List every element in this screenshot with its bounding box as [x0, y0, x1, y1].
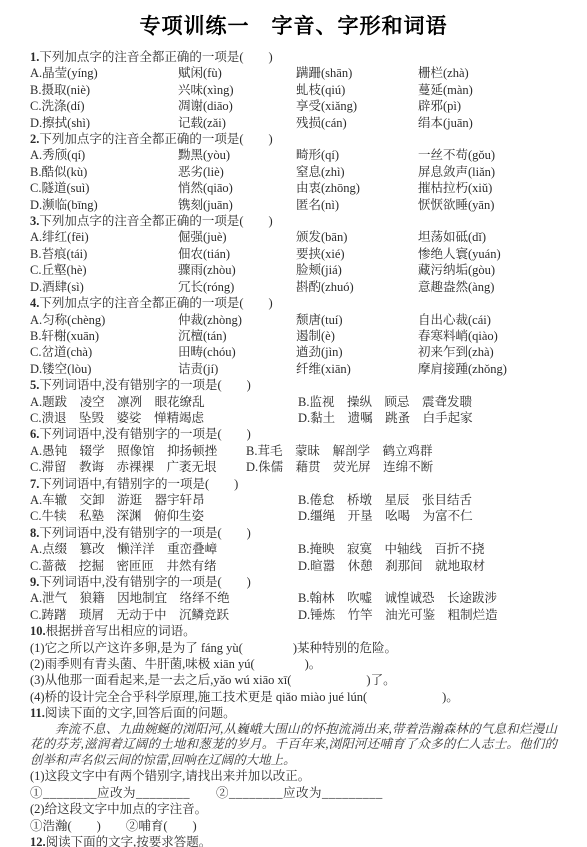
stem-text: 阅读下面的文字,回答后面的问题。 — [45, 706, 236, 720]
option-c[interactable]: C.溃退 坠毁 婆娑 惮精竭虑 — [30, 410, 298, 426]
option-b-item[interactable]: 恶劣(liè) — [178, 164, 296, 180]
option-a[interactable]: A.点缀 篡改 懒洋洋 重峦叠嶂 — [30, 541, 298, 557]
option-row: A.车辙 交卸 游逛 器宇轩昂B.倦怠 桥墩 星辰 张目结舌 — [30, 492, 557, 508]
option-a[interactable]: A.匀称(chèng) — [30, 312, 178, 328]
sub-question-2: (2)给这段文字中加点的字注音。 — [30, 801, 557, 817]
option-a[interactable]: A.题跋 凌空 凛冽 眼花缭乱 — [30, 394, 298, 410]
option-c[interactable]: C.滞留 教诲 赤裸裸 广袤无垠 — [30, 459, 246, 475]
option-b-item[interactable]: 要挟(xié) — [296, 246, 418, 262]
option-a-item[interactable]: 一丝不苟(gǒu) — [418, 147, 557, 163]
option-a-item[interactable]: 畸形(qí) — [296, 147, 418, 163]
option-b-item[interactable]: 惨绝人寰(yuán) — [418, 246, 557, 262]
option-c[interactable]: C.牛犊 私塾 深渊 俯仰生姿 — [30, 508, 298, 524]
option-a-item[interactable]: 颓唐(tuí) — [296, 312, 418, 328]
option-row: B.苔痕(tái)佃农(tián)要挟(xié)惨绝人寰(yuán) — [30, 246, 557, 262]
stem-text: 阅读下面的文字,按要求答题。 — [46, 835, 212, 847]
option-d[interactable]: D.缰绳 开垦 吆喝 为富不仁 — [298, 508, 557, 524]
stem-text: 根据拼音写出相应的词语。 — [46, 624, 196, 638]
option-d-item[interactable]: 斟酌(zhuó) — [296, 279, 418, 295]
option-row: B.摄取(niè)兴味(xìng)虬枝(qiú)蔓延(màn) — [30, 82, 557, 98]
stem-text: 下列词语中,有错别字的一项是( ) — [39, 477, 238, 491]
option-c[interactable]: C.踌躇 琐屑 无动于中 沉鳞竞跃 — [30, 607, 298, 623]
option-a-item[interactable]: 黝黑(yòu) — [178, 147, 296, 163]
fill-in-item-4[interactable]: (4)桥的设计完全合乎科学原理,施工技术更是 qiǎo miào jué lún… — [30, 689, 557, 705]
option-row: C.洗涤(dí)凋谢(diāo)享受(xiǎng)辟邪(pì) — [30, 98, 557, 114]
option-a[interactable]: A.绯红(fēi) — [30, 229, 178, 245]
option-a-item[interactable]: 仲裁(zhòng) — [178, 312, 296, 328]
question-9-stem: 9.下列词语中,没有错别字的一项是( ) — [30, 574, 557, 590]
option-row: A.匀称(chèng)仲裁(zhòng)颓唐(tuí)自出心裁(cái) — [30, 312, 557, 328]
question-number: 5. — [30, 378, 39, 392]
option-c-item[interactable]: 初来乍到(zhà) — [418, 344, 557, 360]
question-3-stem: 3.下列加点字的注音全都正确的一项是( ) — [30, 213, 557, 229]
question-6-stem: 6.下列词语中,没有错别字的一项是( ) — [30, 426, 557, 442]
option-d[interactable]: D.濒临(bīng) — [30, 197, 178, 213]
option-a[interactable]: A.秀颀(qí) — [30, 147, 178, 163]
option-row: D.濒临(bīng)镌刻(juān)匿名(nì)恹恹欲睡(yān) — [30, 197, 557, 213]
question-number: 11. — [30, 706, 45, 720]
option-c-item[interactable]: 田畴(chóu) — [178, 344, 296, 360]
question-number: 3. — [30, 214, 39, 228]
option-c-item[interactable]: 凋谢(diāo) — [178, 98, 296, 114]
question-8-stem: 8.下列词语中,没有错别字的一项是( ) — [30, 525, 557, 541]
stem-text: 下列加点字的注音全都正确的一项是( ) — [39, 296, 272, 310]
question-12-stem: 12.阅读下面的文字,按要求答题。 — [30, 834, 557, 847]
question-11-stem: 11.阅读下面的文字,回答后面的问题。 — [30, 705, 557, 721]
option-row: A.秀颀(qí)黝黑(yòu)畸形(qí)一丝不苟(gǒu) — [30, 147, 557, 163]
question-7-stem: 7.下列词语中,有错别字的一项是( ) — [30, 476, 557, 492]
option-d-item[interactable]: 恹恹欲睡(yān) — [418, 197, 557, 213]
option-c-item[interactable]: 遒劲(jìn) — [296, 344, 418, 360]
option-b-item[interactable]: 屏息敛声(liǎn) — [418, 164, 557, 180]
option-c[interactable]: C.丘壑(hè) — [30, 262, 178, 278]
option-a-item[interactable]: 坦荡如砥(dǐ) — [418, 229, 557, 245]
option-b-item[interactable]: 遏制(è) — [296, 328, 418, 344]
option-row: C.丘壑(hè)骤雨(zhòu)脸颊(jiá)藏污纳垢(gòu) — [30, 262, 557, 278]
stem-text: 下列词语中,没有错别字的一项是( ) — [39, 526, 250, 540]
option-d-item[interactable]: 镌刻(juān) — [178, 197, 296, 213]
option-a-item[interactable]: 栅栏(zhà) — [418, 65, 557, 81]
option-b[interactable]: B.翰林 吹嘘 诚惶诚恐 长途跋涉 — [298, 590, 557, 606]
option-row: C.岔道(chà)田畴(chóu)遒劲(jìn)初来乍到(zhà) — [30, 344, 557, 360]
option-d[interactable]: D.酒肆(sì) — [30, 279, 178, 295]
option-d-item[interactable]: 绢本(juān) — [418, 115, 557, 131]
option-d[interactable]: D.锤炼 竹竿 油光可鉴 粗制烂造 — [298, 607, 557, 623]
option-row: C.滞留 教诲 赤裸裸 广袤无垠D.侏儒 藉贯 荧光屏 连绵不断 — [30, 459, 557, 475]
option-row: A.点缀 篡改 懒洋洋 重峦叠嶂B.掩映 寂寞 中轴线 百折不挠 — [30, 541, 557, 557]
reading-passage: 奔流不息、九曲婉蜒的浏阳河,从巍峨大围山的怀抱流淌出来,带着浩瀚森林的气息和烂漫… — [30, 722, 557, 769]
question-2-stem: 2.下列加点字的注音全都正确的一项是( ) — [30, 131, 557, 147]
option-a-item[interactable]: 自出心裁(cái) — [418, 312, 557, 328]
option-d[interactable]: D.镂空(lòu) — [30, 361, 178, 377]
fill-in-item-2[interactable]: (2)雨季则有青头菌、牛肝菌,味极 xiān yú( )。 — [30, 656, 557, 672]
option-c-item[interactable]: 脸颊(jiá) — [296, 262, 418, 278]
option-d[interactable]: D.侏儒 藉贯 荧光屏 连绵不断 — [246, 459, 557, 475]
question-4-stem: 4.下列加点字的注音全都正确的一项是( ) — [30, 295, 557, 311]
option-b-item[interactable]: 兴味(xìng) — [178, 82, 296, 98]
option-d[interactable]: D.黏土 遗嘱 跳蚤 白手起家 — [298, 410, 557, 426]
option-d[interactable]: D.暄嚣 休憩 刹那间 就地取材 — [298, 558, 557, 574]
option-d-item[interactable]: 诘责(jí) — [178, 361, 296, 377]
option-b[interactable]: B.苔痕(tái) — [30, 246, 178, 262]
option-a[interactable]: A.车辙 交卸 游逛 器宇轩昂 — [30, 492, 298, 508]
question-number: 1. — [30, 50, 39, 64]
option-b-item[interactable]: 春寒料峭(qiào) — [418, 328, 557, 344]
question-number: 7. — [30, 477, 39, 491]
option-row: A.泄气 狼籍 因地制宜 络绎不绝B.翰林 吹嘘 诚惶诚恐 长途跋涉 — [30, 590, 557, 606]
option-d-item[interactable]: 残损(cán) — [296, 115, 418, 131]
option-c[interactable]: C.洗涤(dí) — [30, 98, 178, 114]
question-number: 12. — [30, 835, 46, 847]
stem-text: 下列词语中,没有错别字的一项是( ) — [39, 378, 250, 392]
option-d-item[interactable]: 记载(zǎi) — [178, 115, 296, 131]
option-b-item[interactable]: 佃农(tián) — [178, 246, 296, 262]
question-10-stem: 10.根据拼音写出相应的词语。 — [30, 623, 557, 639]
question-1-stem: 1.下列加点字的注音全都正确的一项是( ) — [30, 49, 557, 65]
option-row: A.晶莹(yíng)赋闲(fù)蹒跚(shān)栅栏(zhà) — [30, 65, 557, 81]
option-c[interactable]: C.岔道(chà) — [30, 344, 178, 360]
question-5-stem: 5.下列词语中,没有错别字的一项是( ) — [30, 377, 557, 393]
option-row: C.牛犊 私塾 深渊 俯仰生姿D.缰绳 开垦 吆喝 为富不仁 — [30, 508, 557, 524]
option-row: D.镂空(lòu)诘责(jí)纤维(xiān)摩肩接踵(zhǒng) — [30, 361, 557, 377]
question-number: 4. — [30, 296, 39, 310]
option-d-item[interactable]: 冗长(róng) — [178, 279, 296, 295]
option-b[interactable]: B.酷似(kù) — [30, 164, 178, 180]
stem-text: 下列加点字的注音全都正确的一项是( ) — [39, 132, 272, 146]
fill-in-item-3[interactable]: (3)从他那一面看起来,是一去之后,yǎo wú xiāo xī( )了。 — [30, 672, 557, 688]
option-row: A.愚钝 辍学 照像馆 抑扬顿挫B.茸毛 蒙昧 解剖学 鹤立鸡群 — [30, 443, 557, 459]
option-row: C.踌躇 琐屑 无动于中 沉鳞竞跃D.锤炼 竹竿 油光可鉴 粗制烂造 — [30, 607, 557, 623]
option-a[interactable]: A.愚钝 辍学 照像馆 抑扬顿挫 — [30, 443, 246, 459]
stem-text: 下列加点字的注音全都正确的一项是( ) — [39, 50, 272, 64]
option-row: C.溃退 坠毁 婆娑 惮精竭虑D.黏土 遗嘱 跳蚤 白手起家 — [30, 410, 557, 426]
option-b-item[interactable]: 虬枝(qiú) — [296, 82, 418, 98]
option-row: B.轩榭(xuān)沉檀(tán)遏制(è)春寒料峭(qiào) — [30, 328, 557, 344]
option-b[interactable]: B.茸毛 蒙昧 解剖学 鹤立鸡群 — [246, 443, 557, 459]
question-number: 10. — [30, 624, 46, 638]
option-d-item[interactable]: 纤维(xiān) — [296, 361, 418, 377]
worksheet-page: 专项训练一 字音、字形和词语 1.下列加点字的注音全都正确的一项是( ) A.晶… — [0, 0, 587, 847]
option-a[interactable]: A.泄气 狼籍 因地制宜 络绎不绝 — [30, 590, 298, 606]
option-a-item[interactable]: 倔强(juè) — [178, 229, 296, 245]
option-c-item[interactable]: 摧枯拉朽(xiǔ) — [418, 180, 557, 196]
option-b[interactable]: B.监视 操纵 顾忌 震聋发聩 — [298, 394, 557, 410]
stem-text: 下列加点字的注音全都正确的一项是( ) — [39, 214, 272, 228]
option-c-item[interactable]: 由衷(zhōng) — [296, 180, 418, 196]
stem-text: 下列词语中,没有错别字的一项是( ) — [39, 575, 250, 589]
question-number: 6. — [30, 427, 39, 441]
stem-text: 下列词语中,没有错别字的一项是( ) — [39, 427, 250, 441]
option-c[interactable]: C.隧道(suì) — [30, 180, 178, 196]
option-c-item[interactable]: 骤雨(zhòu) — [178, 262, 296, 278]
option-b[interactable]: B.掩映 寂寞 中轴线 百折不挠 — [298, 541, 557, 557]
option-row: D.擦拭(shì)记载(zǎi)残损(cán)绢本(juān) — [30, 115, 557, 131]
option-row: A.题跋 凌空 凛冽 眼花缭乱B.监视 操纵 顾忌 震聋发聩 — [30, 394, 557, 410]
option-d[interactable]: D.擦拭(shì) — [30, 115, 178, 131]
option-b-item[interactable]: 沉檀(tán) — [178, 328, 296, 344]
option-d-item[interactable]: 意趣盎然(àng) — [418, 279, 557, 295]
page-title: 专项训练一 字音、字形和词语 — [30, 10, 557, 40]
option-c[interactable]: C.蔷薇 挖掘 密匝匝 井然有绪 — [30, 558, 298, 574]
option-b-item[interactable]: 窒息(zhì) — [296, 164, 418, 180]
question-number: 8. — [30, 526, 39, 540]
option-row: C.隧道(suì)悄然(qiāo)由衷(zhōng)摧枯拉朽(xiǔ) — [30, 180, 557, 196]
option-row: A.绯红(fēi)倔强(juè)颁发(bān)坦荡如砥(dǐ) — [30, 229, 557, 245]
option-b[interactable]: B.倦怠 桥墩 星辰 张目结舌 — [298, 492, 557, 508]
option-row: D.酒肆(sì)冗长(róng)斟酌(zhuó)意趣盎然(àng) — [30, 279, 557, 295]
option-a[interactable]: A.晶莹(yíng) — [30, 65, 178, 81]
option-a-item[interactable]: 赋闲(fù) — [178, 65, 296, 81]
option-d-item[interactable]: 摩肩接踵(zhǒng) — [418, 361, 557, 377]
option-b-item[interactable]: 蔓延(màn) — [418, 82, 557, 98]
option-d-item[interactable]: 匿名(nì) — [296, 197, 418, 213]
sub-question-1: (1)这段文字中有两个错别字,请找出来并加以改正。 — [30, 768, 557, 784]
question-number: 2. — [30, 132, 39, 146]
option-b[interactable]: B.轩榭(xuān) — [30, 328, 178, 344]
option-row: B.酷似(kù)恶劣(liè)窒息(zhì)屏息敛声(liǎn) — [30, 164, 557, 180]
option-a-item[interactable]: 蹒跚(shān) — [296, 65, 418, 81]
pinyin-blanks[interactable]: ①浩瀚( ) ②哺育( ) — [30, 818, 557, 834]
option-b[interactable]: B.摄取(niè) — [30, 82, 178, 98]
option-c-item[interactable]: 享受(xiǎng) — [296, 98, 418, 114]
option-row: C.蔷薇 挖掘 密匝匝 井然有绪D.暄嚣 休憩 刹那间 就地取材 — [30, 558, 557, 574]
option-c-item[interactable]: 藏污纳垢(gòu) — [418, 262, 557, 278]
option-c-item[interactable]: 辟邪(pì) — [418, 98, 557, 114]
question-number: 9. — [30, 575, 39, 589]
correction-blanks[interactable]: ①________应改为________ ②________应改为_______… — [30, 785, 557, 801]
option-c-item[interactable]: 悄然(qiāo) — [178, 180, 296, 196]
fill-in-item-1[interactable]: (1)它之所以产这许多卵,是为了 fáng yù( )某种特别的危险。 — [30, 640, 557, 656]
option-a-item[interactable]: 颁发(bān) — [296, 229, 418, 245]
